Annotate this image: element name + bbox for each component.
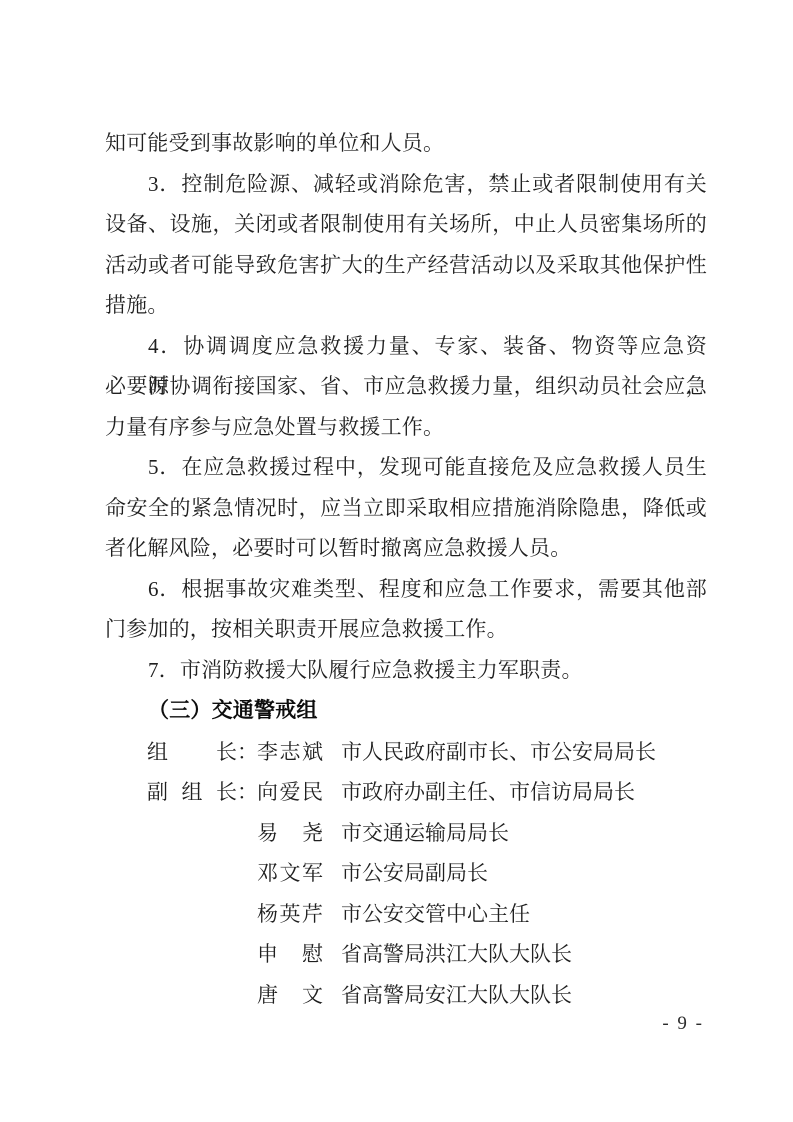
- roster-person-title: 省高警局安江大队大队长: [341, 979, 572, 1009]
- roster-role-colon: ：: [237, 736, 257, 766]
- char: 英: [280, 898, 301, 928]
- char: 慰: [302, 938, 323, 968]
- roster-person-name: 向爱民: [257, 776, 323, 806]
- char: 组: [147, 736, 168, 766]
- roster-row: 副组长：向爱民市政府办副主任、市信访局局长: [105, 771, 707, 812]
- char: 长: [216, 736, 237, 766]
- paragraph-line: 必要时协调衔接国家、省、市应急救援力量，组织动员社会应急: [105, 366, 707, 407]
- char: 杨: [257, 898, 278, 928]
- paragraph-line: 措施。: [105, 285, 707, 326]
- section-heading: （三）交通警戒组: [105, 690, 707, 731]
- roster-role-colon: ：: [237, 776, 257, 806]
- roster-person-name: 申慰: [257, 938, 323, 968]
- roster-role-label: 组长: [147, 736, 237, 766]
- char: 邓: [257, 857, 278, 887]
- paragraph-line: 知可能受到事故影响的单位和人员。: [105, 123, 707, 164]
- body-paragraphs: 知可能受到事故影响的单位和人员。3．控制危险源、减轻或消除危害，禁止或者限制使用…: [105, 123, 707, 690]
- document-page: 知可能受到事故影响的单位和人员。3．控制危险源、减轻或消除危害，禁止或者限制使用…: [0, 0, 793, 1122]
- char: 文: [302, 979, 323, 1009]
- roster-row: 申慰省高警局洪江大队大队长: [105, 933, 707, 974]
- char: 组: [182, 776, 203, 806]
- roster-person-name: 易尧: [257, 817, 323, 847]
- char: 长: [216, 776, 237, 806]
- roster-row: 组长：李志斌市人民政府副市长、市公安局局长: [105, 731, 707, 772]
- roster-row: 唐文省高警局安江大队大队长: [105, 974, 707, 1015]
- roster-list: 组长：李志斌市人民政府副市长、市公安局局长副组长：向爱民市政府办副主任、市信访局…: [105, 731, 707, 1015]
- roster-person-title: 市政府办副主任、市信访局局长: [341, 776, 635, 806]
- paragraph-line: 设备、设施，关闭或者限制使用有关场所，中止人员密集场所的: [105, 204, 707, 245]
- char: 芹: [302, 898, 323, 928]
- roster-person-name: 杨英芹: [257, 898, 323, 928]
- roster-row: 易尧市交通运输局局长: [105, 812, 707, 853]
- roster-person-title: 省高警局洪江大队大队长: [341, 938, 572, 968]
- page-number: - 9 -: [662, 1012, 704, 1036]
- paragraph-line: 者化解风险，必要时可以暂时撤离应急救援人员。: [105, 528, 707, 569]
- paragraph-line: 3．控制危险源、减轻或消除危害，禁止或者限制使用有关: [105, 164, 707, 205]
- paragraph-line: 门参加的，按相关职责开展应急救援工作。: [105, 609, 707, 650]
- char: 志: [280, 736, 301, 766]
- char: 军: [302, 857, 323, 887]
- paragraph-line: 活动或者可能导致危害扩大的生产经营活动以及采取其他保护性: [105, 245, 707, 286]
- paragraph-line: 命安全的紧急情况时，应当立即采取相应措施消除隐患，降低或: [105, 488, 707, 529]
- roster-person-title: 市人民政府副市长、市公安局局长: [341, 736, 656, 766]
- char: 民: [302, 776, 323, 806]
- char: 尧: [302, 817, 323, 847]
- paragraph-line: 7．市消防救援大队履行应急救援主力军职责。: [105, 650, 707, 691]
- roster-person-title: 市公安交管中心主任: [341, 898, 530, 928]
- roster-person-title: 市公安局副局长: [341, 857, 488, 887]
- paragraph-line: 力量有序参与应急处置与救援工作。: [105, 407, 707, 448]
- char: 文: [280, 857, 301, 887]
- char: 斌: [302, 736, 323, 766]
- char: 唐: [257, 979, 278, 1009]
- char: 申: [257, 938, 278, 968]
- char: 李: [257, 736, 278, 766]
- roster-row: 邓文军市公安局副局长: [105, 852, 707, 893]
- roster-role-label: 副组长: [147, 776, 237, 806]
- paragraph-line: 6．根据事故灾难类型、程度和应急工作要求，需要其他部: [105, 569, 707, 610]
- paragraph-line: 4．协调调度应急救援力量、专家、装备、物资等应急资源，: [105, 326, 707, 367]
- char: 副: [147, 776, 168, 806]
- char: 爱: [280, 776, 301, 806]
- roster-person-name: 唐文: [257, 979, 323, 1009]
- document-body: 知可能受到事故影响的单位和人员。3．控制危险源、减轻或消除危害，禁止或者限制使用…: [105, 123, 707, 1014]
- char: 易: [257, 817, 278, 847]
- roster-person-name: 李志斌: [257, 736, 323, 766]
- char: 向: [257, 776, 278, 806]
- paragraph-line: 5．在应急救援过程中，发现可能直接危及应急救援人员生: [105, 447, 707, 488]
- roster-row: 杨英芹市公安交管中心主任: [105, 893, 707, 934]
- roster-person-title: 市交通运输局局长: [341, 817, 509, 847]
- roster-person-name: 邓文军: [257, 857, 323, 887]
